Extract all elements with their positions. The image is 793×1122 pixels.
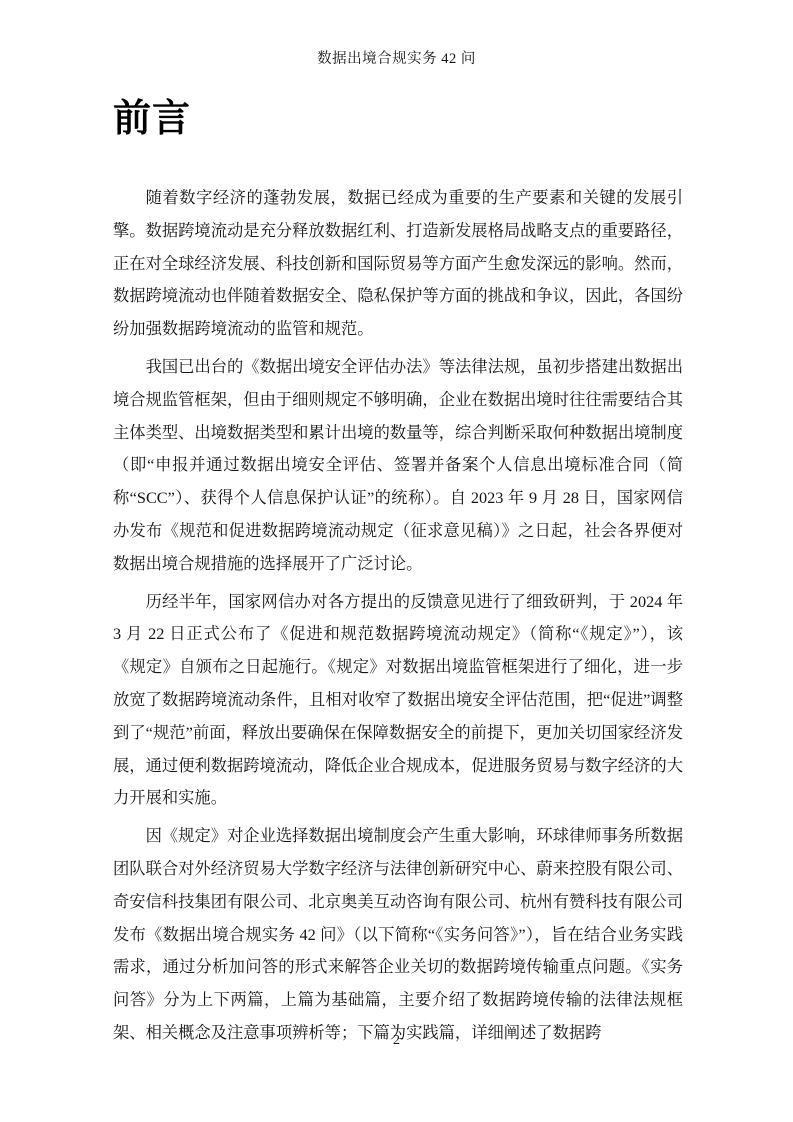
page-number: 2 bbox=[0, 1033, 793, 1049]
paragraph: 历经半年，国家网信办对各方提出的反馈意见进行了细致研判，于 2024 年 3 月… bbox=[113, 586, 683, 816]
document-page: 数据出境合规实务 42 问 前言 随着数字经济的蓬勃发展，数据已经成为重要的生产… bbox=[0, 0, 793, 1122]
section-heading: 前言 bbox=[113, 96, 683, 142]
running-header: 数据出境合规实务 42 问 bbox=[0, 47, 793, 68]
paragraph: 我国已出台的《数据出境安全评估办法》等法律法规，虽初步搭建出数据出境合规监管框架… bbox=[113, 351, 683, 581]
paragraph: 随着数字经济的蓬勃发展，数据已经成为重要的生产要素和关键的发展引擎。数据跨境流动… bbox=[113, 182, 683, 346]
page-content: 前言 随着数字经济的蓬勃发展，数据已经成为重要的生产要素和关键的发展引擎。数据跨… bbox=[113, 96, 683, 1055]
paragraph: 因《规定》对企业选择数据出境制度会产生重大影响，环球律师事务所数据团队联合对外经… bbox=[113, 820, 683, 1050]
